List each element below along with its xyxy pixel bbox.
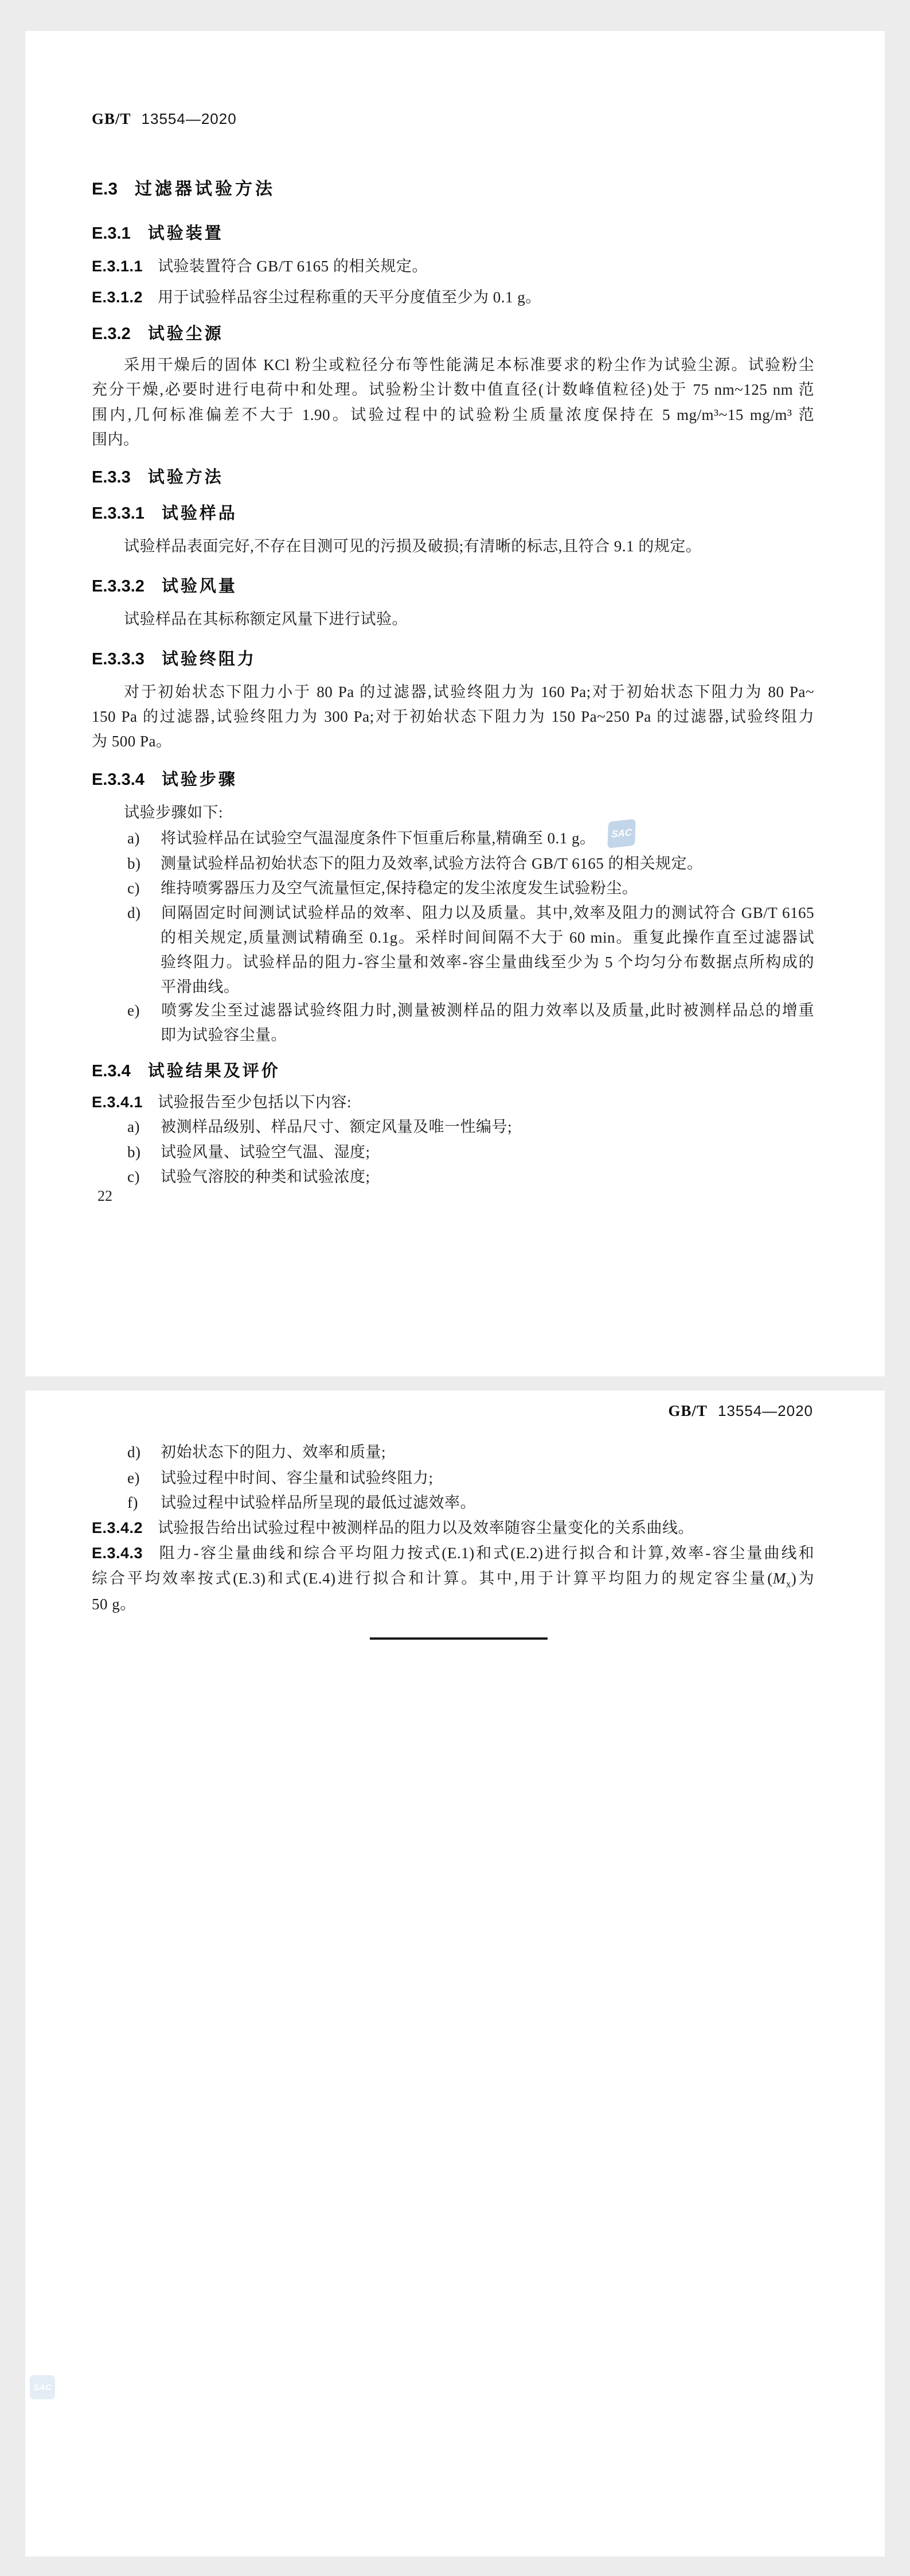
list-item-b: b)测量试验样品初始状态下的阻力及效率,试验方法符合 GB/T 6165 的相关… (127, 854, 814, 873)
standard-number: 13554—2020 (718, 1402, 813, 1419)
standard-code: GB/T (668, 1402, 708, 1419)
list-item-d: d)初始状态下的阻力、效率和质量; (127, 1442, 814, 1462)
list-marker: b) (127, 1142, 161, 1162)
heading-e3-2: E.3.2试验尘源 (92, 321, 224, 344)
paragraph-line: 验终阻力。试验样品的阻力-容尘量和效率-容尘量曲线至少为 5 个均匀分布数据点所… (161, 952, 814, 972)
list-item-c: c)试验气溶胶的种类和试验浓度; (127, 1167, 814, 1186)
list-item-c: c)维持喷雾器压力及空气流量恒定,保持稳定的发尘浓度发生试验粉尘。 (127, 878, 814, 898)
paragraph-line: 围内。 (92, 430, 814, 449)
page-1: GB/T 13554—2020 E.3过滤器试验方法 E.3.1试验装置 E.3… (25, 31, 885, 1376)
sac-watermark-icon: SAC (607, 819, 635, 848)
heading-e3: E.3过滤器试验方法 (92, 174, 275, 200)
list-marker: e) (127, 1468, 161, 1488)
list-marker: d) (127, 1442, 161, 1462)
clause-e3-4-3: E.3.4.3阻力-容尘量曲线和综合平均阻力按式(E.1)和式(E.2)进行拟合… (92, 1543, 814, 1563)
variable-m: M (773, 1570, 786, 1587)
paragraph-line: 试验样品在其标称额定风量下进行试验。 (92, 609, 814, 629)
standard-number: 13554—2020 (142, 110, 237, 127)
list-marker: a) (127, 1117, 161, 1137)
paragraph-line: 综合平均效率按式(E.3)和式(E.4)进行拟合和计算。其中,用于计算平均阻力的… (92, 1569, 814, 1594)
paragraph-line: 围内,几何标准偏差不大于 1.90。试验过程中的试验粉尘质量浓度保持在 5 mg… (92, 405, 814, 425)
list-item-a: a)将试验样品在试验空气温湿度条件下恒重后称量,精确至 0.1 g。 (127, 828, 814, 848)
heading-e3-3-2: E.3.3.2试验风量 (92, 573, 237, 597)
paragraph-line: 采用干燥后的固体 KCl 粉尘或粒径分布等性能满足本标准要求的粉尘作为试验尘源。… (92, 355, 814, 375)
heading-e3-3: E.3.3试验方法 (92, 464, 224, 488)
standard-code: GB/T (92, 110, 131, 127)
page-2: GB/T 13554—2020 d)初始状态下的阻力、效率和质量; e)试验过程… (25, 1391, 885, 2556)
page-header: GB/T 13554—2020 (92, 110, 237, 128)
heading-e3-4: E.3.4试验结果及评价 (92, 1058, 280, 1081)
clause-e3-4-1: E.3.4.1试验报告至少包括以下内容: (92, 1092, 814, 1112)
list-marker: a) (127, 828, 161, 848)
sac-watermark-icon: SAC (30, 2375, 55, 2399)
paragraph-line: 对于初始状态下阻力小于 80 Pa 的过滤器,试验终阻力为 160 Pa;对于初… (92, 682, 814, 702)
list-marker: c) (127, 878, 161, 898)
list-marker: e) (127, 1001, 161, 1020)
subscript-x: x (786, 1578, 791, 1589)
document-viewer: { "doc": { "standard_code_bold": "GB/T",… (0, 0, 910, 2576)
list-marker: f) (127, 1493, 161, 1512)
paragraph-line: 50 g。 (92, 1594, 814, 1614)
paragraph-line: 150 Pa 的过滤器,试验终阻力为 300 Pa;对于初始状态下阻力为 150… (92, 707, 814, 726)
heading-e3-1: E.3.1试验装置 (92, 220, 224, 244)
paragraph-line: 试验步骤如下: (92, 803, 814, 822)
list-item-e: e)喷雾发尘至过滤器试验终阻力时,测量被测样品的阻力效率以及质量,此时被测样品总… (127, 1001, 814, 1020)
list-item-b: b)试验风量、试验空气温、湿度; (127, 1142, 814, 1162)
list-marker: b) (127, 854, 161, 873)
list-item-f: f)试验过程中试验样品所呈现的最低过滤效率。 (127, 1493, 814, 1512)
paragraph-line: 充分干燥,必要时进行电荷中和处理。试验粉尘计数中值直径(计数峰值粒径)处于 75… (92, 380, 814, 399)
clause-e3-1-1: E.3.1.1试验装置符合 GB/T 6165 的相关规定。 (92, 256, 814, 276)
paragraph-line: 为 500 Pa。 (92, 731, 814, 751)
heading-e3-3-1: E.3.3.1试验样品 (92, 500, 237, 524)
running-header: GB/T 13554—2020 (668, 1402, 813, 1420)
list-item-e: e)试验过程中时间、容尘量和试验终阻力; (127, 1468, 814, 1488)
heading-e3-3-3: E.3.3.3试验终阻力 (92, 646, 256, 670)
list-marker: d) (127, 903, 161, 923)
page-number: 22 (97, 1188, 112, 1205)
paragraph-line: 即为试验容尘量。 (161, 1025, 814, 1045)
paragraph-line: 平滑曲线。 (161, 977, 814, 997)
clause-e3-4-2: E.3.4.2试验报告给出试验过程中被测样品的阻力以及效率随容尘量变化的关系曲线… (92, 1518, 814, 1538)
list-item-d: d)间隔固定时间测试试验样品的效率、阻力以及质量。其中,效率及阻力的测试符合 G… (127, 903, 814, 923)
paragraph-line: 的相关规定,质量测试精确至 0.1g。采样时间间隔不大于 60 min。重复此操… (161, 928, 814, 947)
heading-e3-3-4: E.3.3.4试验步骤 (92, 766, 237, 790)
list-item-a: a)被测样品级别、样品尺寸、额定风量及唯一性编号; (127, 1117, 814, 1137)
end-of-section-divider (370, 1637, 548, 1640)
paragraph-line: 试验样品表面完好,不存在目测可见的污损及破损;有清晰的标志,且符合 9.1 的规… (92, 536, 814, 556)
list-marker: c) (127, 1167, 161, 1186)
clause-e3-1-2: E.3.1.2用于试验样品容尘过程称重的天平分度值至少为 0.1 g。 (92, 287, 814, 307)
